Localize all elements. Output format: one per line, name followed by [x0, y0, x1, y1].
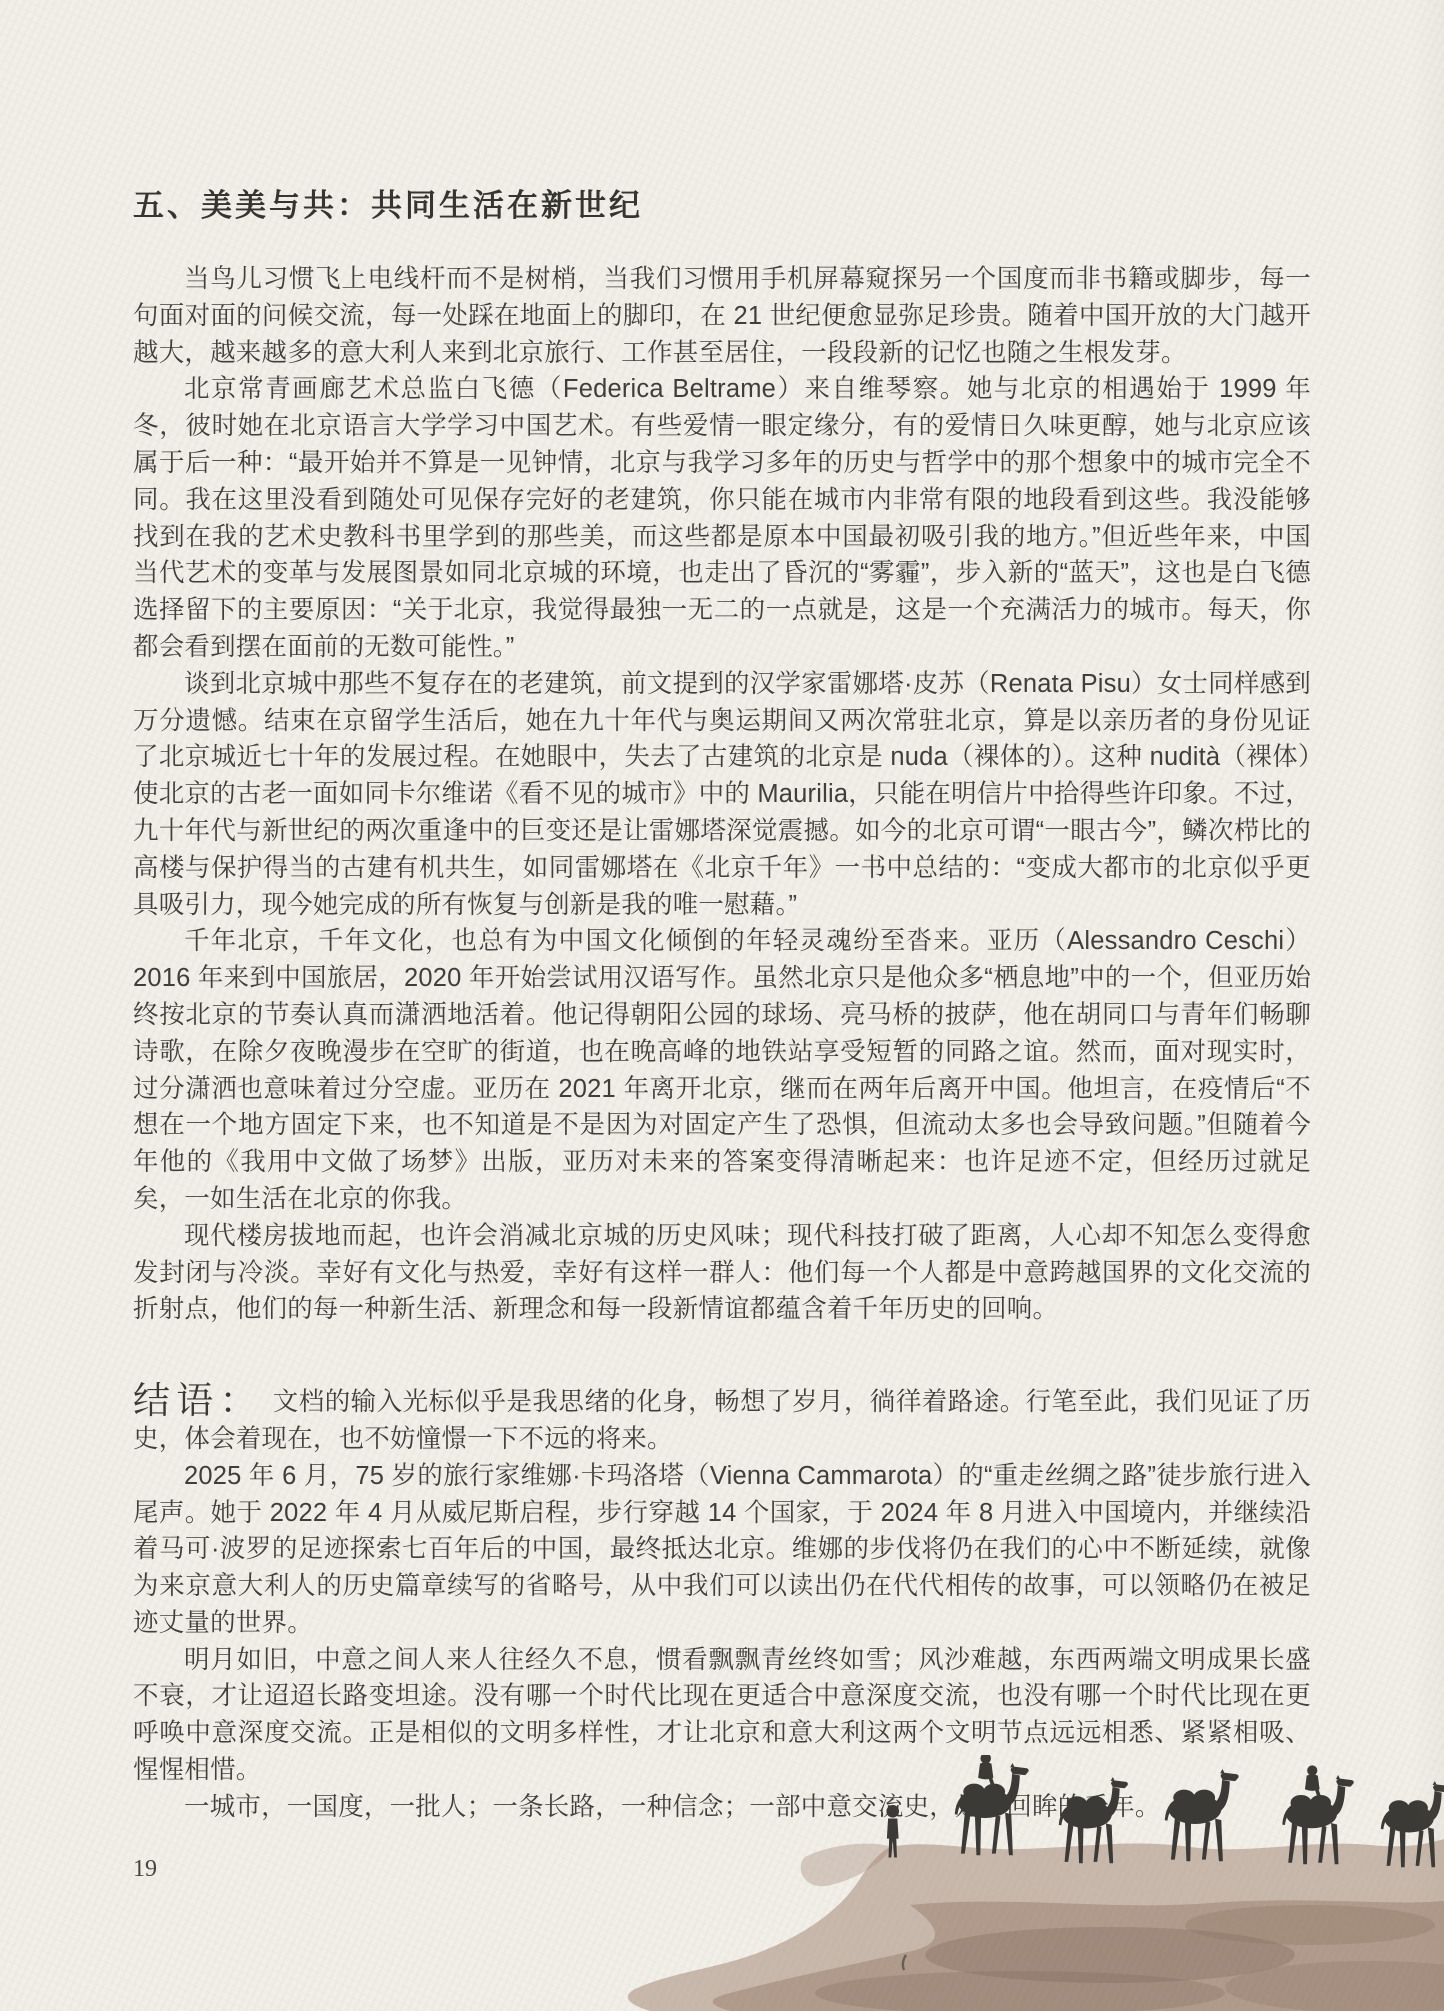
body-paragraph-5: 现代楼房拔地而起，也许会消减北京城的历史风味；现代科技打破了距离，人心却不知怎么… [133, 1218, 1311, 1328]
body-paragraph-3: 谈到北京城中那些不复存在的老建筑，前文提到的汉学家雷娜塔·皮苏（Renata P… [133, 666, 1311, 924]
dune-wash [628, 1839, 1444, 2011]
conclusion-paragraph-1: 2025 年 6 月，75 岁的旅行家维娜·卡玛洛塔（Vienna Cammar… [133, 1458, 1311, 1642]
page-content: 五、美美与共：共同生活在新世纪 当鸟儿习惯飞上电线杆而不是树梢，当我们习惯用手机… [133, 180, 1311, 1826]
page-number: 19 [133, 1856, 157, 1883]
document-page: 五、美美与共：共同生活在新世纪 当鸟儿习惯飞上电线杆而不是树梢，当我们习惯用手机… [0, 0, 1444, 2011]
camel-with-rider-silhouette [955, 1755, 1029, 1855]
camel-silhouette [1165, 1769, 1239, 1861]
body-paragraph-1: 当鸟儿习惯飞上电线杆而不是树梢，当我们习惯用手机屏幕窥探另一个国度而非书籍或脚步… [133, 261, 1311, 371]
body-paragraph-4: 千年北京，千年文化，也总有为中国文化倾倒的年轻灵魂纷至沓来。亚历（Alessan… [133, 923, 1311, 1217]
section-title: 五、美美与共：共同生活在新世纪 [133, 180, 1311, 225]
conclusion-label: 结语： [133, 1381, 273, 1422]
body-paragraph-2: 北京常青画廊艺术总监白飞德（Federica Beltrame）来自维琴察。她与… [133, 371, 1311, 665]
conclusion-intro-text: 文档的输入光标似乎是我思绪的化身，畅想了岁月，徜徉着路途。行笔至此，我们见证了历… [133, 1388, 1311, 1453]
conclusion-intro: 结语：文档的输入光标似乎是我思绪的化身，畅想了岁月，徜徉着路途。行笔至此，我们见… [133, 1384, 1311, 1458]
camel-caravan-illustration [590, 1755, 1444, 2011]
